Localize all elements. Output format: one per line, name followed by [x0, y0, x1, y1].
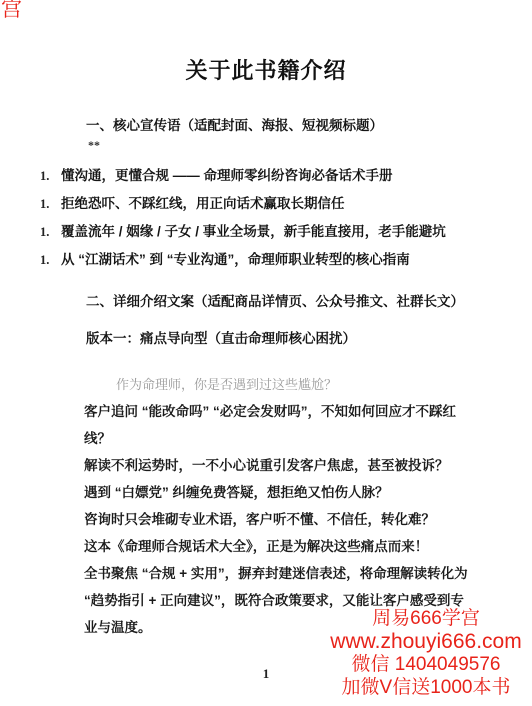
watermark-promo-text: 加微V信送1000本书 — [321, 676, 531, 699]
body-paragraphs: 客户追问 “能改命吗” “必定会发财吗”，不知如何回应才不踩红 线？ 解读不利运… — [84, 398, 514, 641]
promo-list: 1.懂沟通，更懂合规 —— 命理师零纠纷咨询必备话术手册 1.拒绝恐吓、不踩红线… — [40, 166, 512, 278]
item-number: 1. — [40, 222, 61, 242]
paragraph-line: 解读不利运势时，一不小心说重引发客户焦虑，甚至被投诉？ — [84, 452, 514, 479]
watermark: 周易666学宫 www.zhouyi666.com 微信 1404049576 … — [321, 607, 531, 699]
paragraph-line: 线？ — [84, 425, 514, 452]
section-one-heading: 一、核心宣传语（适配封面、海报、短视频标题） — [86, 114, 383, 134]
version-subheading: 版本一：痛点导向型（直击命理师核心困扰） — [86, 327, 356, 347]
markdown-bold-marker: ** — [88, 138, 100, 153]
lead-question: 作为命理师，你是否遇到过这些尴尬？ — [116, 374, 337, 393]
page-title: 关于此书籍介绍 — [0, 54, 532, 85]
watermark-site-name: 周易666学宫 — [321, 607, 531, 630]
item-text: 覆盖流年 / 姻缘 / 子女 / 事业全场景，新手能直接用，老手能避坑 — [61, 224, 446, 239]
list-item: 1.懂沟通，更懂合规 —— 命理师零纠纷咨询必备话术手册 — [40, 166, 512, 186]
watermark-wechat-id: 微信 1404049576 — [321, 653, 531, 676]
item-number: 1. — [40, 166, 61, 186]
item-text: 懂沟通，更懂合规 —— 命理师零纠纷咨询必备话术手册 — [61, 168, 393, 183]
list-item: 1.拒绝恐吓、不踩红线，用正向话术赢取长期信任 — [40, 194, 512, 214]
paragraph-line: 全书聚焦 “合规 + 实用”，摒弃封建迷信表述，将命理解读转化为 — [84, 560, 514, 587]
item-number: 1. — [40, 194, 61, 214]
document-page: 宫 关于此书籍介绍 一、核心宣传语（适配封面、海报、短视频标题） ** 1.懂沟… — [0, 0, 532, 706]
list-item: 1.覆盖流年 / 姻缘 / 子女 / 事业全场景，新手能直接用，老手能避坑 — [40, 222, 512, 242]
paragraph-line: 遇到 “白嫖党” 纠缠免费答疑，想拒绝又怕伤人脉？ — [84, 479, 514, 506]
watermark-url: www.zhouyi666.com — [321, 630, 531, 653]
corner-watermark-stamp: 宫 — [1, 0, 22, 21]
paragraph-line: 客户追问 “能改命吗” “必定会发财吗”，不知如何回应才不踩红 — [84, 398, 514, 425]
item-number: 1. — [40, 250, 61, 270]
item-text: 拒绝恐吓、不踩红线，用正向话术赢取长期信任 — [61, 196, 345, 211]
paragraph-line: 咨询时只会堆砌专业术语，客户听不懂、不信任，转化难？ — [84, 506, 514, 533]
item-text: 从 “江湖话术” 到 “专业沟通”，命理师职业转型的核心指南 — [61, 252, 410, 267]
list-item: 1.从 “江湖话术” 到 “专业沟通”，命理师职业转型的核心指南 — [40, 250, 512, 270]
section-two-heading: 二、详细介绍文案（适配商品详情页、公众号推文、社群长文） — [86, 290, 464, 310]
paragraph-line: 这本《命理师合规话术大全》，正是为解决这些痛点而来！ — [84, 533, 514, 560]
